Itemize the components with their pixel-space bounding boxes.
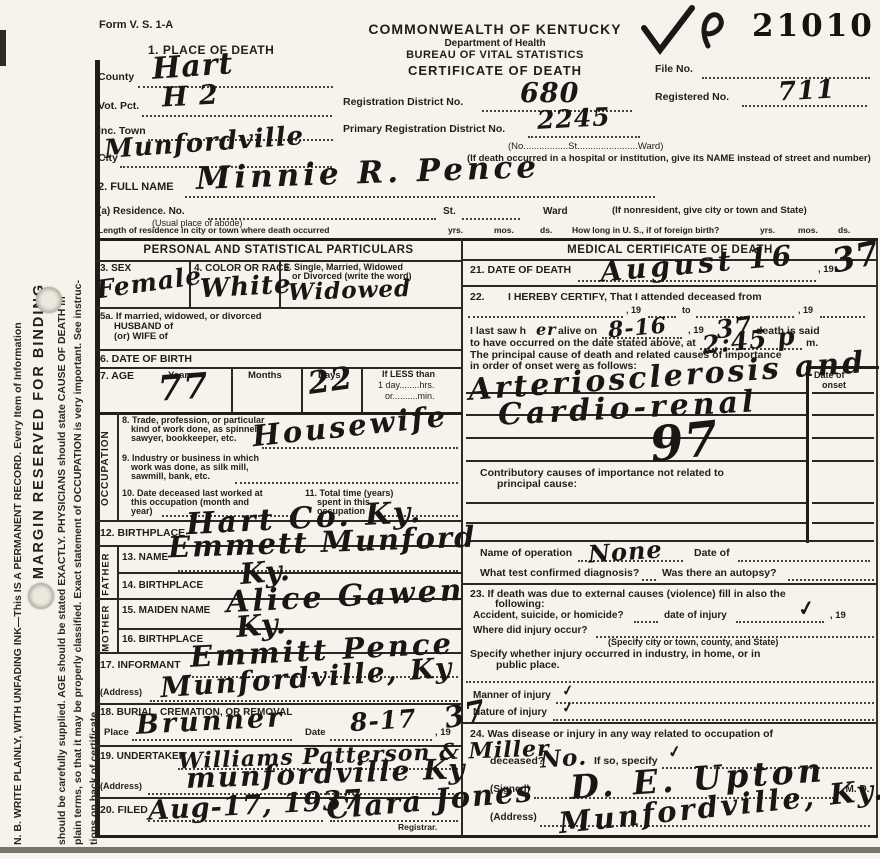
onset-line-4 bbox=[812, 460, 874, 462]
external-causes-label-2: following: bbox=[495, 599, 545, 610]
burial-date-value: 8-17 bbox=[349, 706, 417, 736]
last-saw-label: I last saw h bbox=[470, 326, 526, 337]
married-5a-line3: (or) WIFE of bbox=[114, 332, 168, 342]
length-mos-label: mos. bbox=[494, 226, 514, 235]
margin-nb-line2: should be carefully supplied. AGE should… bbox=[54, 17, 70, 845]
burial-place-label: Place bbox=[104, 728, 129, 738]
registration-district-label: Registration District No. bbox=[343, 97, 463, 108]
father-name-label: 13. NAME bbox=[122, 553, 168, 563]
burial-year-value: 37 bbox=[441, 696, 488, 733]
dod-row-border bbox=[462, 285, 877, 287]
primary-registration-line bbox=[528, 136, 640, 138]
scan-bottom-band bbox=[0, 847, 880, 853]
informant-label: 17. INFORMANT bbox=[100, 660, 181, 671]
form-bottom-border bbox=[95, 835, 878, 838]
onset-line-6 bbox=[812, 522, 874, 524]
operation-value: None bbox=[587, 537, 663, 566]
race-value: White bbox=[199, 272, 292, 303]
contributory-line-1 bbox=[466, 502, 806, 504]
if-less-label-1: If LESS than bbox=[382, 370, 435, 379]
certify-year-line-b bbox=[820, 316, 865, 318]
primary-registration-label: Primary Registration District No. bbox=[343, 124, 505, 135]
autopsy-label: Was there an autopsy? bbox=[662, 568, 777, 579]
date-injury-line bbox=[736, 621, 824, 623]
operation-date-label: Date of bbox=[694, 548, 730, 559]
cause-code: 97 bbox=[648, 415, 721, 470]
contributory-line-2 bbox=[466, 522, 806, 524]
specify-city-note: (Specify city or town, county, and State… bbox=[608, 638, 778, 647]
specify-injury-label-2: public place. bbox=[496, 660, 560, 671]
mother-vertical-label: MOTHER bbox=[101, 600, 111, 652]
punch-hole-bottom bbox=[28, 583, 54, 609]
last-saw-er-value: er bbox=[536, 322, 557, 338]
specify-injury-line bbox=[466, 681, 874, 683]
contributory-label-2: principal cause: bbox=[497, 479, 577, 490]
bureau-title: BUREAU OF VITAL STATISTICS bbox=[330, 50, 660, 61]
where-injury-label: Where did injury occur? bbox=[473, 626, 587, 636]
personal-title: PERSONAL AND STATISTICAL PARTICULARS bbox=[95, 245, 462, 257]
us-mos-label: mos. bbox=[798, 226, 818, 235]
occurred-label: to have occurred on the date stated abov… bbox=[470, 338, 696, 349]
what-test-line bbox=[642, 579, 656, 581]
row-border-3 bbox=[95, 367, 462, 369]
specify-injury-label-1: Specify whether injury occurred in indus… bbox=[470, 649, 760, 660]
stamp-number: 21010 bbox=[752, 8, 875, 44]
registrar-label: Registrar. bbox=[398, 823, 437, 832]
burial-place-value: Brunner bbox=[135, 704, 285, 739]
onset-box-bottom bbox=[466, 540, 874, 542]
last-saw-date-value: 8-16 bbox=[607, 314, 668, 341]
operation-label: Name of operation bbox=[480, 548, 572, 559]
occ9-line bbox=[235, 482, 458, 484]
row-border-2 bbox=[95, 349, 462, 351]
age-months-label: Months bbox=[248, 371, 282, 381]
marital-value: Widowed bbox=[288, 277, 412, 304]
us-yrs-label: yrs. bbox=[760, 226, 775, 235]
length-ds-label: ds. bbox=[540, 226, 552, 235]
operation-date-line bbox=[738, 560, 870, 562]
what-test-label: What test confirmed diagnosis? bbox=[480, 568, 639, 579]
if-less-label-3: or..........min. bbox=[385, 392, 435, 401]
time-m-suffix: m. bbox=[806, 338, 818, 349]
row-border-1 bbox=[95, 307, 462, 309]
father-vertical-label: FATHER bbox=[101, 548, 111, 596]
signed-address-label: (Address) bbox=[490, 813, 537, 823]
mother-maiden-label: 15. MAIDEN NAME bbox=[122, 606, 210, 616]
date-of-death-label: 21. DATE OF DEATH bbox=[470, 265, 571, 276]
accident-line bbox=[634, 621, 658, 623]
age-col-divider-3 bbox=[361, 367, 363, 412]
cause-line-4 bbox=[466, 460, 806, 462]
residence-ward-label: Ward bbox=[543, 207, 568, 217]
filed-label: 20. FILED bbox=[100, 805, 148, 816]
manner-injury-checkmark: ✓ bbox=[561, 681, 576, 700]
handwritten-checkmark bbox=[638, 2, 758, 60]
onset-line-1 bbox=[812, 392, 874, 394]
full-name-value: Minnie R. Pence bbox=[196, 152, 541, 195]
margin-binding-title: MARGIN RESERVED FOR BINDING bbox=[26, 17, 54, 845]
file-no-label: File No. bbox=[655, 64, 693, 75]
certify-to-label: to bbox=[682, 306, 691, 315]
age-col-divider-2 bbox=[301, 367, 303, 412]
certify-from-line bbox=[468, 316, 623, 318]
vot-pct-label: Vot. Pct. bbox=[98, 101, 139, 112]
age-years-value: 77 bbox=[157, 368, 210, 406]
injury-row-border bbox=[462, 722, 877, 724]
occ9-line3: sawmill, bank, etc. bbox=[131, 472, 210, 481]
nonresident-note: (If nonresident, give city or town and S… bbox=[612, 206, 807, 216]
margin-nb-line4: tions on back of certificate. bbox=[86, 17, 102, 845]
registered-no-label: Registered No. bbox=[655, 92, 729, 103]
primary-registration-value: 2245 bbox=[536, 104, 611, 133]
burial-date-label: Date bbox=[305, 728, 326, 738]
punch-hole-top bbox=[36, 287, 62, 313]
certificate-title: CERTIFICATE OF DEATH bbox=[330, 64, 660, 77]
father-birthplace-label: 14. BIRTHPLACE bbox=[122, 581, 203, 591]
occ8-line3: sawyer, bookkeeper, etc. bbox=[131, 434, 237, 443]
residence-st-label: St. bbox=[443, 207, 456, 217]
vot-pct-value: H 2 bbox=[161, 82, 219, 112]
autopsy-row-border bbox=[462, 583, 877, 585]
dod-year-value: 37 bbox=[829, 235, 880, 277]
manner-injury-label: Manner of injury bbox=[473, 691, 551, 701]
if-so-checkmark: ✓ bbox=[666, 741, 683, 763]
death-certificate-scan: N. B. WRITE PLAINLY, WITH UNFADING INK—T… bbox=[0, 0, 880, 859]
dod-year19: , 19 bbox=[818, 265, 834, 275]
registered-no-value: 711 bbox=[777, 77, 836, 106]
onset-line-5 bbox=[812, 502, 874, 504]
injury-year19: , 19 bbox=[830, 611, 846, 621]
length-residence-label: Length of residence in city or town wher… bbox=[98, 226, 329, 235]
residence-no-line bbox=[208, 218, 436, 220]
undertaker-address-label: (Address) bbox=[100, 782, 142, 791]
occupation-value: Housewife bbox=[251, 402, 449, 451]
county-value: Hart bbox=[151, 49, 234, 85]
commonwealth-title: COMMONWEALTH OF KENTUCKY bbox=[330, 22, 660, 36]
where-injury-line bbox=[596, 636, 874, 638]
certify-label: I HEREBY CERTIFY, That I attended deceas… bbox=[508, 292, 762, 303]
if-less-label-2: 1 day........hrs. bbox=[378, 381, 434, 390]
undertaker-label: 19. UNDERTAKER bbox=[100, 752, 186, 762]
registration-district-value: 680 bbox=[520, 80, 579, 107]
onset-line-2 bbox=[812, 414, 874, 416]
length-yrs-label: yrs. bbox=[448, 226, 463, 235]
autopsy-line bbox=[788, 579, 874, 581]
alive-on-label: alive on bbox=[558, 326, 597, 337]
dept-of-health: Department of Health bbox=[330, 39, 660, 49]
age-days-value: 22 bbox=[306, 363, 355, 400]
nature-injury-checkmark: ✓ bbox=[561, 698, 576, 717]
date-of-birth-label: 6. DATE OF BIRTH bbox=[100, 354, 192, 365]
occupation-strip-border bbox=[117, 412, 119, 520]
full-name-line bbox=[185, 196, 655, 198]
date-injury-checkmark: ✓ bbox=[796, 595, 817, 623]
accident-label: Accident, suicide, or homicide? bbox=[473, 611, 624, 621]
informant-address-label: (Address) bbox=[100, 688, 142, 697]
binding-margin-text: N. B. WRITE PLAINLY, WITH UNFADING INK—T… bbox=[10, 17, 103, 845]
onset-line-3 bbox=[812, 437, 874, 439]
manner-injury-line bbox=[556, 702, 874, 704]
residence-st-line bbox=[462, 218, 520, 220]
certify-year19-b: , 19 bbox=[798, 306, 813, 315]
father-name-value: Emmett Munford bbox=[168, 523, 477, 563]
margin-nb-line3: plain terms, so that it may be properly … bbox=[70, 17, 86, 845]
margin-nb-line1: N. B. WRITE PLAINLY, WITH UNFADING INK—T… bbox=[10, 17, 26, 845]
certify-year19-a: , 19 bbox=[626, 306, 641, 315]
how-long-us-label: How long in U. S., if of foreign birth? bbox=[572, 226, 719, 235]
county-label: County bbox=[98, 72, 134, 83]
cause-line-3 bbox=[466, 437, 806, 439]
scan-edge-mark bbox=[0, 30, 6, 66]
form-number: Form V. S. 1-A bbox=[99, 20, 173, 31]
full-name-label: 2. FULL NAME bbox=[98, 182, 174, 193]
vot-pct-line bbox=[142, 115, 332, 117]
certify-number: 22. bbox=[470, 292, 485, 303]
us-ds-label: ds. bbox=[838, 226, 850, 235]
residence-label: (a) Residence. No. bbox=[98, 207, 185, 217]
nature-injury-line bbox=[553, 719, 874, 721]
occ10-line3: year) bbox=[131, 507, 153, 516]
age-col-divider-1 bbox=[231, 367, 233, 412]
age-label: 7. AGE bbox=[100, 371, 134, 382]
date-injury-label: date of injury bbox=[664, 611, 727, 621]
